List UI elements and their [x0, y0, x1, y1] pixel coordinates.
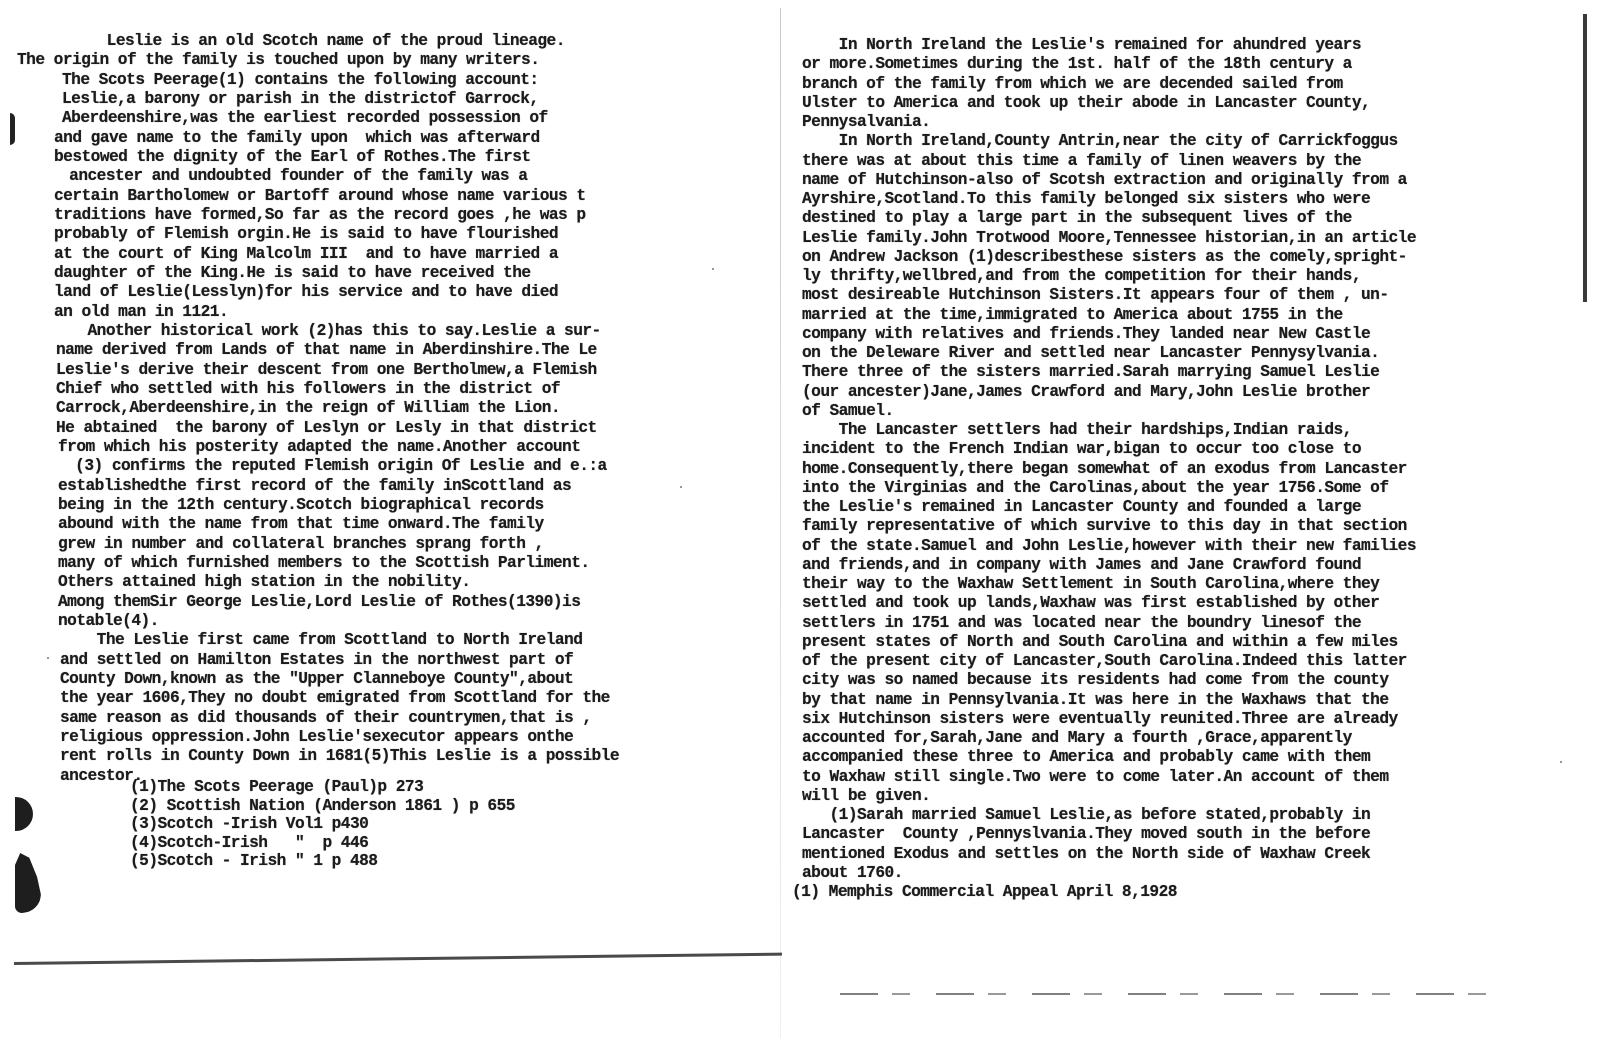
text-line: Another historical work (2)has this to s… — [60, 322, 601, 341]
text-line: home.Consequently,there began somewhat o… — [802, 460, 1407, 479]
text-line: (1)Sarah married Samuel Leslie,as before… — [802, 806, 1370, 825]
binding-hole-mark — [10, 113, 15, 145]
text-line: (3) confirms the reputed Flemish origin … — [66, 457, 607, 476]
text-line: from which his posterity adapted the nam… — [58, 438, 580, 457]
text-line: The origin of the family is touched upon… — [17, 51, 539, 70]
text-line: Ayrshire,Scotland.To this family belonge… — [802, 190, 1370, 209]
text-line: into the Virginias and the Carolinas,abo… — [802, 479, 1389, 498]
text-line: Aberdeenshire,was the earliest recorded … — [62, 109, 548, 128]
text-line: Lancaster County ,Pennyslvania.They move… — [802, 825, 1370, 844]
text-line: Among themSir George Leslie,Lord Leslie … — [58, 593, 580, 612]
page-edge-border — [1583, 14, 1587, 302]
text-line: to Waxhaw still single.Two were to come … — [802, 768, 1389, 787]
text-line: incident to the French Indian war,bigan … — [802, 440, 1361, 459]
text-line: on the Deleware River and settled near L… — [802, 344, 1379, 363]
text-line: the year 1606,They no doubt emigrated fr… — [60, 689, 610, 708]
text-line: There three of the sisters married.Sarah… — [802, 363, 1379, 382]
text-line: present states of North and South Caroli… — [802, 633, 1398, 652]
text-line: accompanied these three to America and p… — [802, 748, 1370, 767]
text-line: city was so named because its residents … — [802, 671, 1389, 690]
text-line: He abtained the barony of Leslyn or Lesl… — [56, 419, 597, 438]
text-line: and settled on Hamilton Estates in the n… — [60, 651, 573, 670]
text-line: religious oppression.John Leslie'sexecut… — [60, 728, 573, 747]
text-line: notable(4). — [58, 612, 159, 631]
text-line: bestowed the dignity of the Earl of Roth… — [54, 148, 531, 167]
text-line: certain Bartholomew or Bartoff around wh… — [54, 187, 586, 206]
text-line: on Andrew Jackson (1)describesthese sist… — [802, 248, 1407, 267]
text-line: land of Leslie(Lesslyn)for his service a… — [54, 283, 558, 302]
text-line: settlers in 1751 and was located near th… — [802, 614, 1361, 633]
footnote-line: (1) Memphis Commercial Appeal April 8,19… — [792, 883, 1177, 902]
text-line: accounted for,Sarah,Jane and Mary a four… — [802, 729, 1352, 748]
text-line: traditions have formed,So far as the rec… — [54, 206, 586, 225]
text-line: settled and took up lands,Waxhaw was fir… — [802, 594, 1379, 613]
text-line: many of which furnished members to the S… — [58, 554, 590, 573]
text-line: The Scots Peerage(1) contains the follow… — [62, 71, 539, 90]
text-line: The Leslie first came from Scottland to … — [60, 631, 582, 650]
text-line: of Samuel. — [802, 402, 894, 421]
text-line: County Down,known as the "Upper Clannebo… — [60, 670, 573, 689]
text-line: ancester and undoubted founder of the fa… — [60, 167, 527, 186]
footnote-line: (3)Scotch -Irish Vol1 p430 — [130, 815, 368, 834]
text-line: and gave name to the family upon which w… — [54, 129, 540, 148]
footnote-line: (4)Scotch-Irish " p 446 — [130, 834, 368, 853]
text-line: Leslie,a barony or parish in the distric… — [62, 90, 539, 109]
scan-speck — [712, 268, 714, 270]
text-line: The Lancaster settlers had their hardshi… — [802, 421, 1352, 440]
text-line: establishedthe first record of the famil… — [58, 477, 571, 496]
text-line: In North Ireland,County Antrin,near the … — [802, 132, 1398, 151]
footnote-line: (2) Scottish Nation (Anderson 1861 ) p 6… — [130, 797, 515, 816]
text-line: Leslie is an old Scotch name of the prou… — [70, 32, 565, 51]
text-line: In North Ireland the Leslie's remained f… — [802, 36, 1361, 55]
text-line: Chief who settled with his followers in … — [56, 380, 560, 399]
text-line: and friends,and in company with James an… — [802, 556, 1361, 575]
right-page: In North Ireland the Leslie's remained f… — [780, 0, 1600, 1046]
bottom-page-edge — [840, 993, 1500, 995]
text-line: of the present city of Lancaster,South C… — [802, 652, 1407, 671]
text-line: name of Hutchinson-also of Scotsh extrac… — [802, 171, 1407, 190]
text-line: Leslie's derive their descent from one B… — [56, 361, 597, 380]
text-line: Others attained high station in the nobi… — [58, 573, 470, 592]
text-line: of the state.Samuel and John Leslie,howe… — [802, 537, 1416, 556]
text-line: Ulster to America and took up their abod… — [802, 94, 1370, 113]
text-line: the Leslie's remained in Lancaster Count… — [802, 498, 1361, 517]
text-line: there was at about this time a family of… — [802, 152, 1361, 171]
page-fold-divider — [780, 8, 781, 1038]
text-line: company with relatives and friends.They … — [802, 325, 1370, 344]
scan-speck — [1560, 761, 1562, 763]
text-line: abound with the name from that time onwa… — [58, 515, 544, 534]
text-line: at the court of King Malcolm III and to … — [54, 245, 558, 264]
text-line: daughter of the King.He is said to have … — [54, 264, 531, 283]
text-line: most desireable Hutchinson Sisters.It ap… — [802, 286, 1389, 305]
text-line: name derived from Lands of that name in … — [56, 341, 597, 360]
text-line: an old man in 1121. — [54, 303, 228, 322]
text-line: or more.Sometimes during the 1st. half o… — [802, 55, 1352, 74]
left-page: Leslie is an old Scotch name of the prou… — [0, 0, 780, 1046]
text-line: rent rolls in County Down in 1681(5)This… — [60, 747, 619, 766]
text-line: mentioned Exodus and settles on the Nort… — [802, 845, 1370, 864]
text-line: married at the time,immigrated to Americ… — [802, 306, 1343, 325]
footnote-line: (1)The Scots Peerage (Paul)p 273 — [130, 778, 423, 797]
text-line: six Hutchinson sisters were eventually r… — [802, 710, 1398, 729]
text-line: ly thrifty,wellbred,and from the competi… — [802, 267, 1361, 286]
text-line: probably of Flemish orgin.He is said to … — [54, 225, 558, 244]
text-line: Carrock,Aberdeenshire,in the reign of Wi… — [56, 399, 560, 418]
text-line: their way to the Waxhaw Settlement in So… — [802, 575, 1379, 594]
footnote-line: (5)Scotch - Irish " 1 p 488 — [130, 852, 377, 871]
text-line: branch of the family from which we are d… — [802, 75, 1343, 94]
text-line: by that name in Pennsylvania.It was here… — [802, 691, 1389, 710]
text-line: (our ancester)Jane,James Crawford and Ma… — [802, 383, 1370, 402]
scan-speck — [680, 486, 682, 488]
scan-speck — [47, 657, 49, 659]
text-line: Pennysalvania. — [802, 113, 930, 132]
text-line: destined to play a large part in the sub… — [802, 209, 1352, 228]
text-line: will be given. — [802, 787, 930, 806]
text-line: Leslie family.John Trotwood Moore,Tennes… — [802, 229, 1416, 248]
text-line: about 1760. — [802, 864, 903, 883]
text-line: same reason as did thousands of their co… — [60, 709, 592, 728]
text-line: grew in number and collateral branches s… — [58, 535, 544, 554]
text-line: being in the 12th century.Scotch biograp… — [58, 496, 544, 515]
text-line: family representative of which survive t… — [802, 517, 1407, 536]
